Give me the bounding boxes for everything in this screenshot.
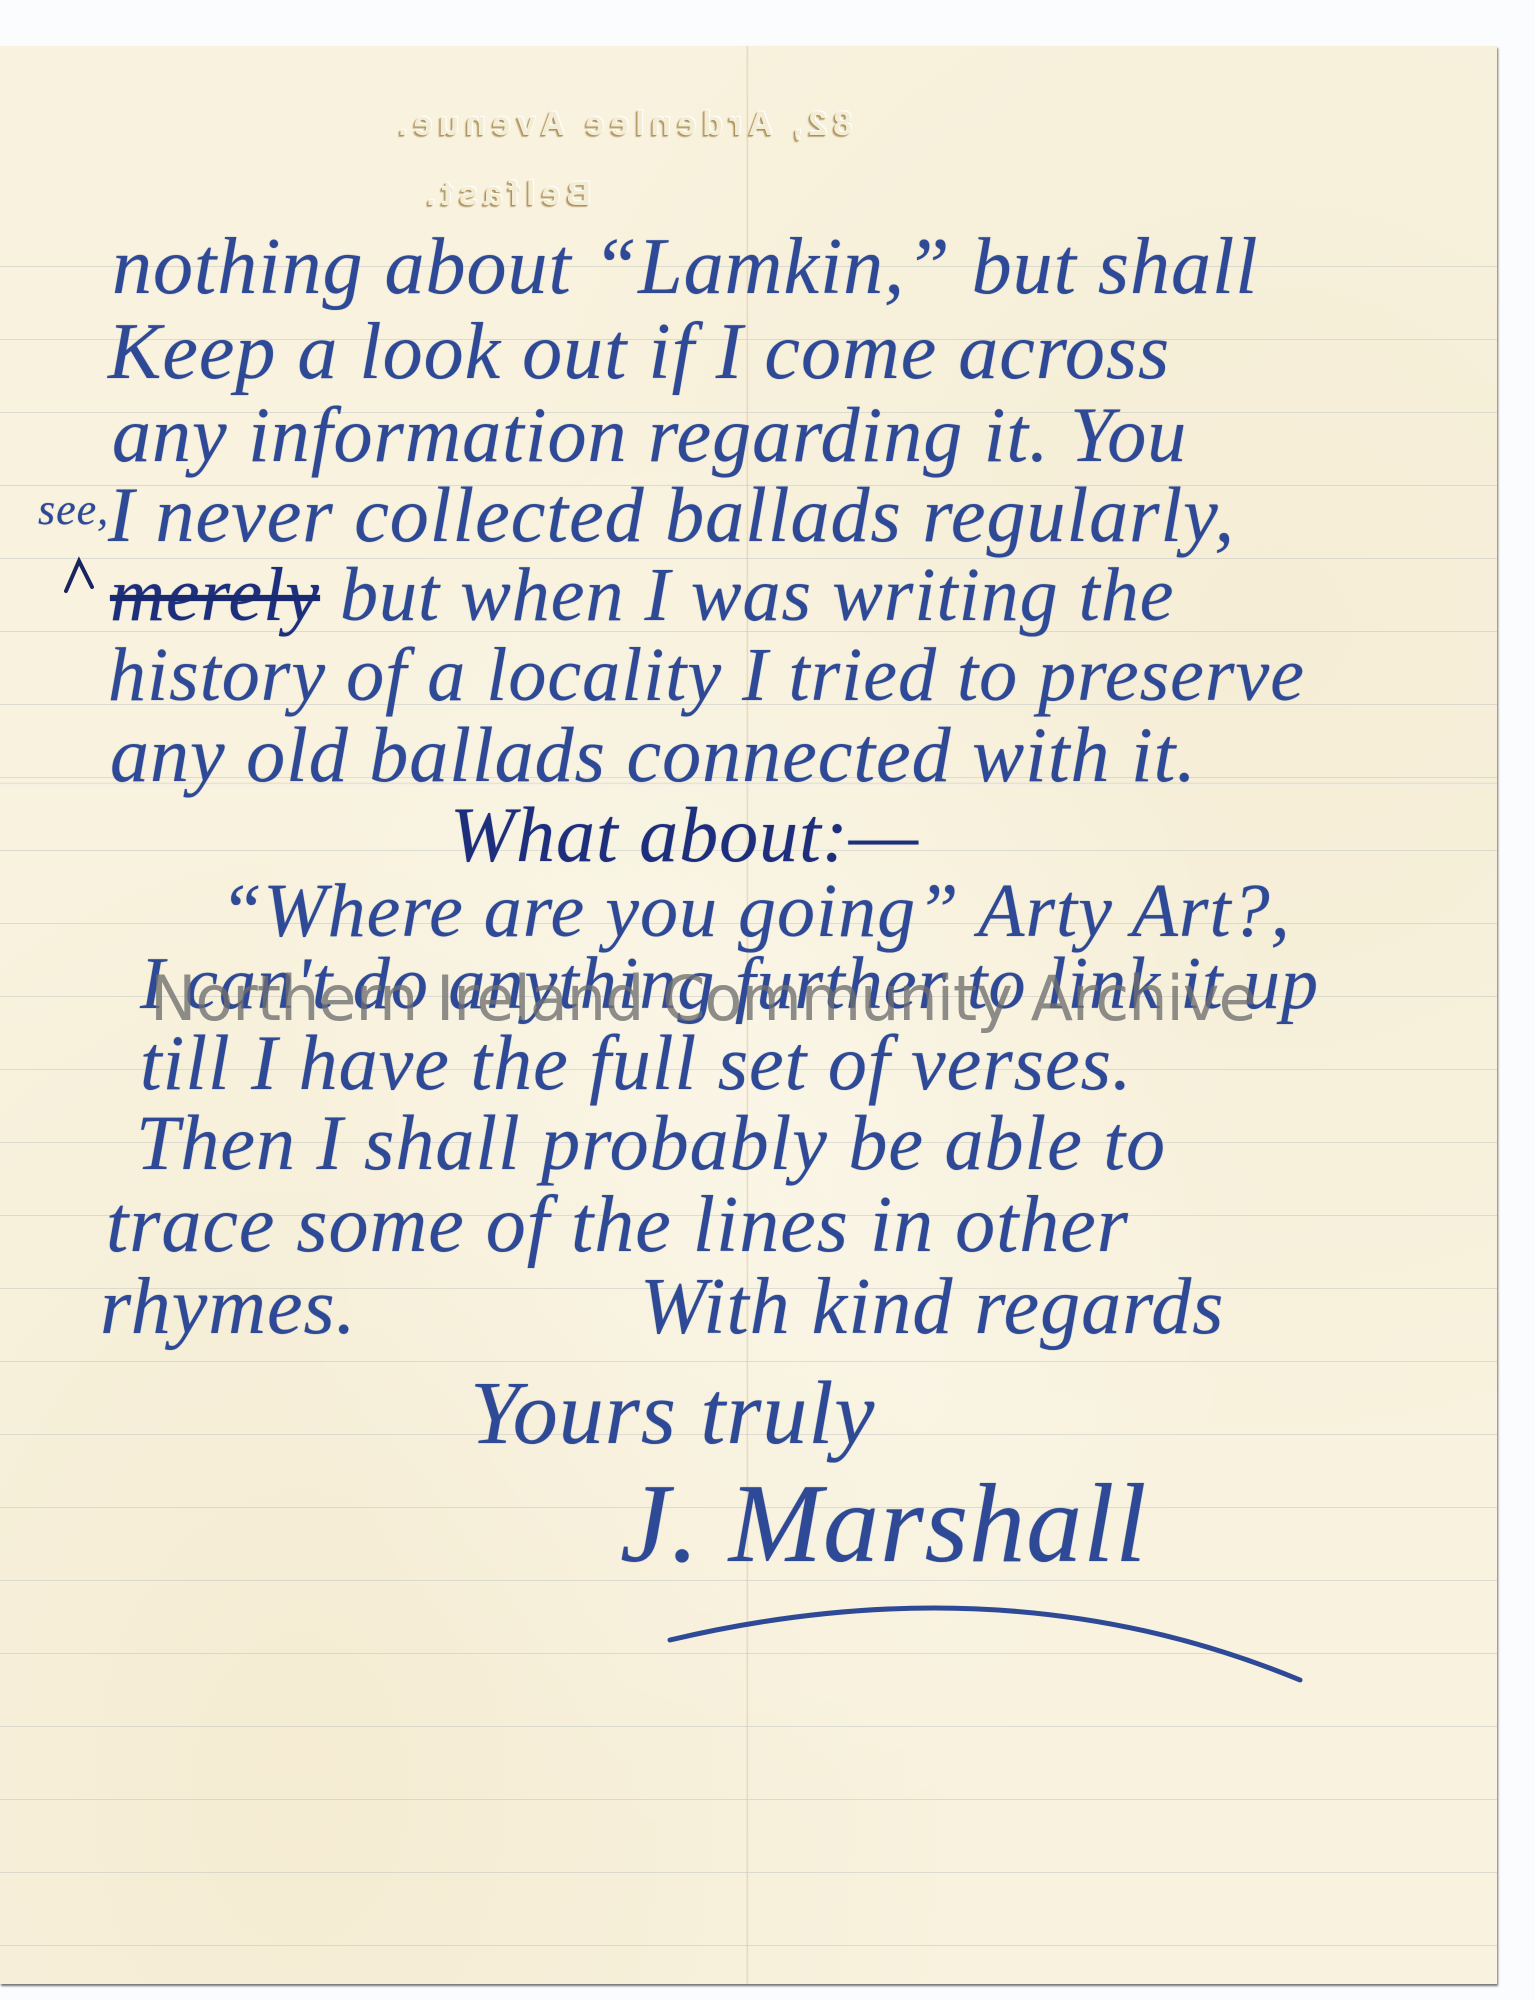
closing-regards: With kind regards — [640, 1262, 1224, 1353]
letter-line-3: any information regarding it. You — [112, 390, 1187, 480]
struck-out-word: merely — [110, 553, 320, 637]
letter-line-8: What about:— — [450, 790, 919, 880]
embossed-city: Belfast. — [420, 175, 591, 214]
insertion-caret-icon — [62, 555, 96, 595]
letter-line-2: Keep a look out if I come across — [108, 307, 1170, 398]
letter-line-5: merely but when I was writing the — [110, 552, 1175, 639]
letter-line-12: Then I shall probably be able to — [136, 1098, 1166, 1188]
letter-line-11: till I have the full set of verses. — [140, 1018, 1132, 1108]
closing-yours-truly: Yours truly — [470, 1362, 875, 1465]
letter-line-13: trace some of the lines in other — [106, 1180, 1129, 1271]
embossed-address: 82, Ardenlee Avenue. — [392, 105, 852, 144]
letter-line-1: nothing about “Lamkin,” but shall — [112, 222, 1258, 313]
letter-line-4: I never collected ballads regularly, — [108, 470, 1235, 560]
letter-line-10: I can't do anything further to link it u… — [140, 942, 1319, 1027]
signature-underline-flourish — [660, 1560, 1360, 1700]
letter-line-7: any old ballads connected with it. — [110, 710, 1197, 800]
letter-line-14: rhymes. — [100, 1262, 357, 1353]
letter-line-5-text: but when I was writing the — [340, 553, 1175, 637]
letter-line-6: history of a locality I tried to preserv… — [108, 632, 1305, 719]
margin-insert-see: see, — [38, 484, 109, 535]
